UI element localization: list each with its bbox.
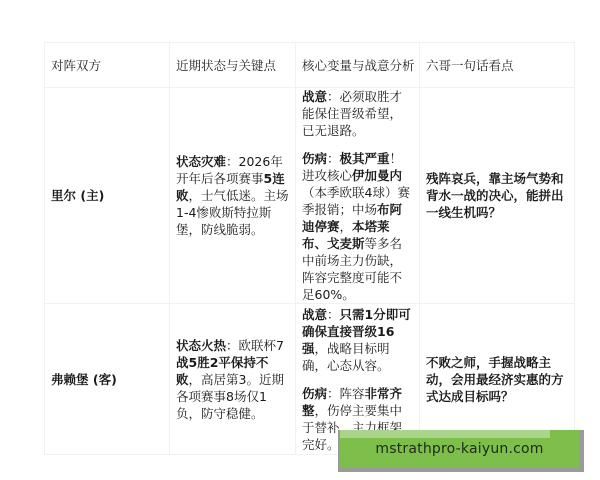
injury-paragraph: 伤病：极其严重！进攻核心伊加曼内（本季欧联4球）赛季报销；中场布阿迪停赛，本塔莱… — [302, 150, 413, 303]
injury-highlight: 伊加曼内 — [352, 168, 402, 183]
watermark-highlight — [340, 430, 550, 438]
recent-form-cell: 状态灾难：2026年开年后各项赛事5连败，士气低迷。主场1-4惨败斯特拉斯堡，防… — [170, 88, 296, 304]
separator: ： — [327, 386, 340, 401]
motivation-label: 战意 — [302, 307, 327, 322]
page: 对阵双方 近期状态与关键点 核心变量与战意分析 六哥一句话看点 里尔 (主) 状… — [0, 0, 600, 480]
injury-label: 伤病 — [302, 386, 327, 401]
status-text: ，士气低迷。主场1-4惨败斯特拉斯堡，防线脆弱。 — [176, 188, 289, 237]
header-recent-form: 近期状态与关键点 — [170, 43, 296, 88]
separator: ： — [226, 338, 239, 353]
header-core-analysis: 核心变量与战意分析 — [296, 43, 420, 88]
team-name: 里尔 (主) — [45, 88, 170, 304]
motivation-paragraph: 战意：必须取胜才能保住晋级希望，已无退路。 — [302, 88, 413, 139]
status-label: 状态灾难 — [176, 154, 226, 169]
table-header-row: 对阵双方 近期状态与关键点 核心变量与战意分析 六哥一句话看点 — [45, 43, 575, 88]
injury-text: 阵容 — [340, 386, 365, 401]
watermark-banner: mstrathpro-kaiyun.com — [338, 430, 584, 472]
status-label: 状态火热 — [176, 338, 226, 353]
match-analysis-table: 对阵双方 近期状态与关键点 核心变量与战意分析 六哥一句话看点 里尔 (主) 状… — [44, 42, 575, 455]
header-one-line-comment: 六哥一句话看点 — [420, 43, 575, 88]
separator: ： — [327, 89, 340, 104]
team-name: 弗赖堡 (客) — [45, 304, 170, 455]
separator: ： — [327, 151, 340, 166]
motivation-paragraph: 战意：只需1分即可确保直接晋级16强，战略目标明确，心态从容。 — [302, 306, 413, 374]
table-row: 里尔 (主) 状态灾难：2026年开年后各项赛事5连败，士气低迷。主场1-4惨败… — [45, 88, 575, 304]
status-text: ，高居第3。近期各项赛事8场仅1负，防守稳健。 — [176, 372, 284, 421]
injury-text: ， — [340, 219, 353, 234]
header-teams: 对阵双方 — [45, 43, 170, 88]
injury-highlight: 极其严重 — [340, 151, 390, 166]
motivation-label: 战意 — [302, 89, 327, 104]
injury-label: 伤病 — [302, 151, 327, 166]
one-line-comment: 残阵哀兵，靠主场气势和背水一战的决心，能拼出一线生机吗？ — [420, 88, 575, 304]
separator: ： — [327, 307, 340, 322]
separator: ： — [226, 154, 239, 169]
status-text: 欧联杯7 — [239, 338, 284, 353]
motivation-text: ，战略目标明确，心态从容。 — [302, 341, 390, 373]
core-analysis-cell: 战意：必须取胜才能保住晋级希望，已无退路。 伤病：极其严重！进攻核心伊加曼内（本… — [296, 88, 420, 304]
recent-form-cell: 状态火热：欧联杯7战5胜2平保持不败，高居第3。近期各项赛事8场仅1负，防守稳健… — [170, 304, 296, 455]
